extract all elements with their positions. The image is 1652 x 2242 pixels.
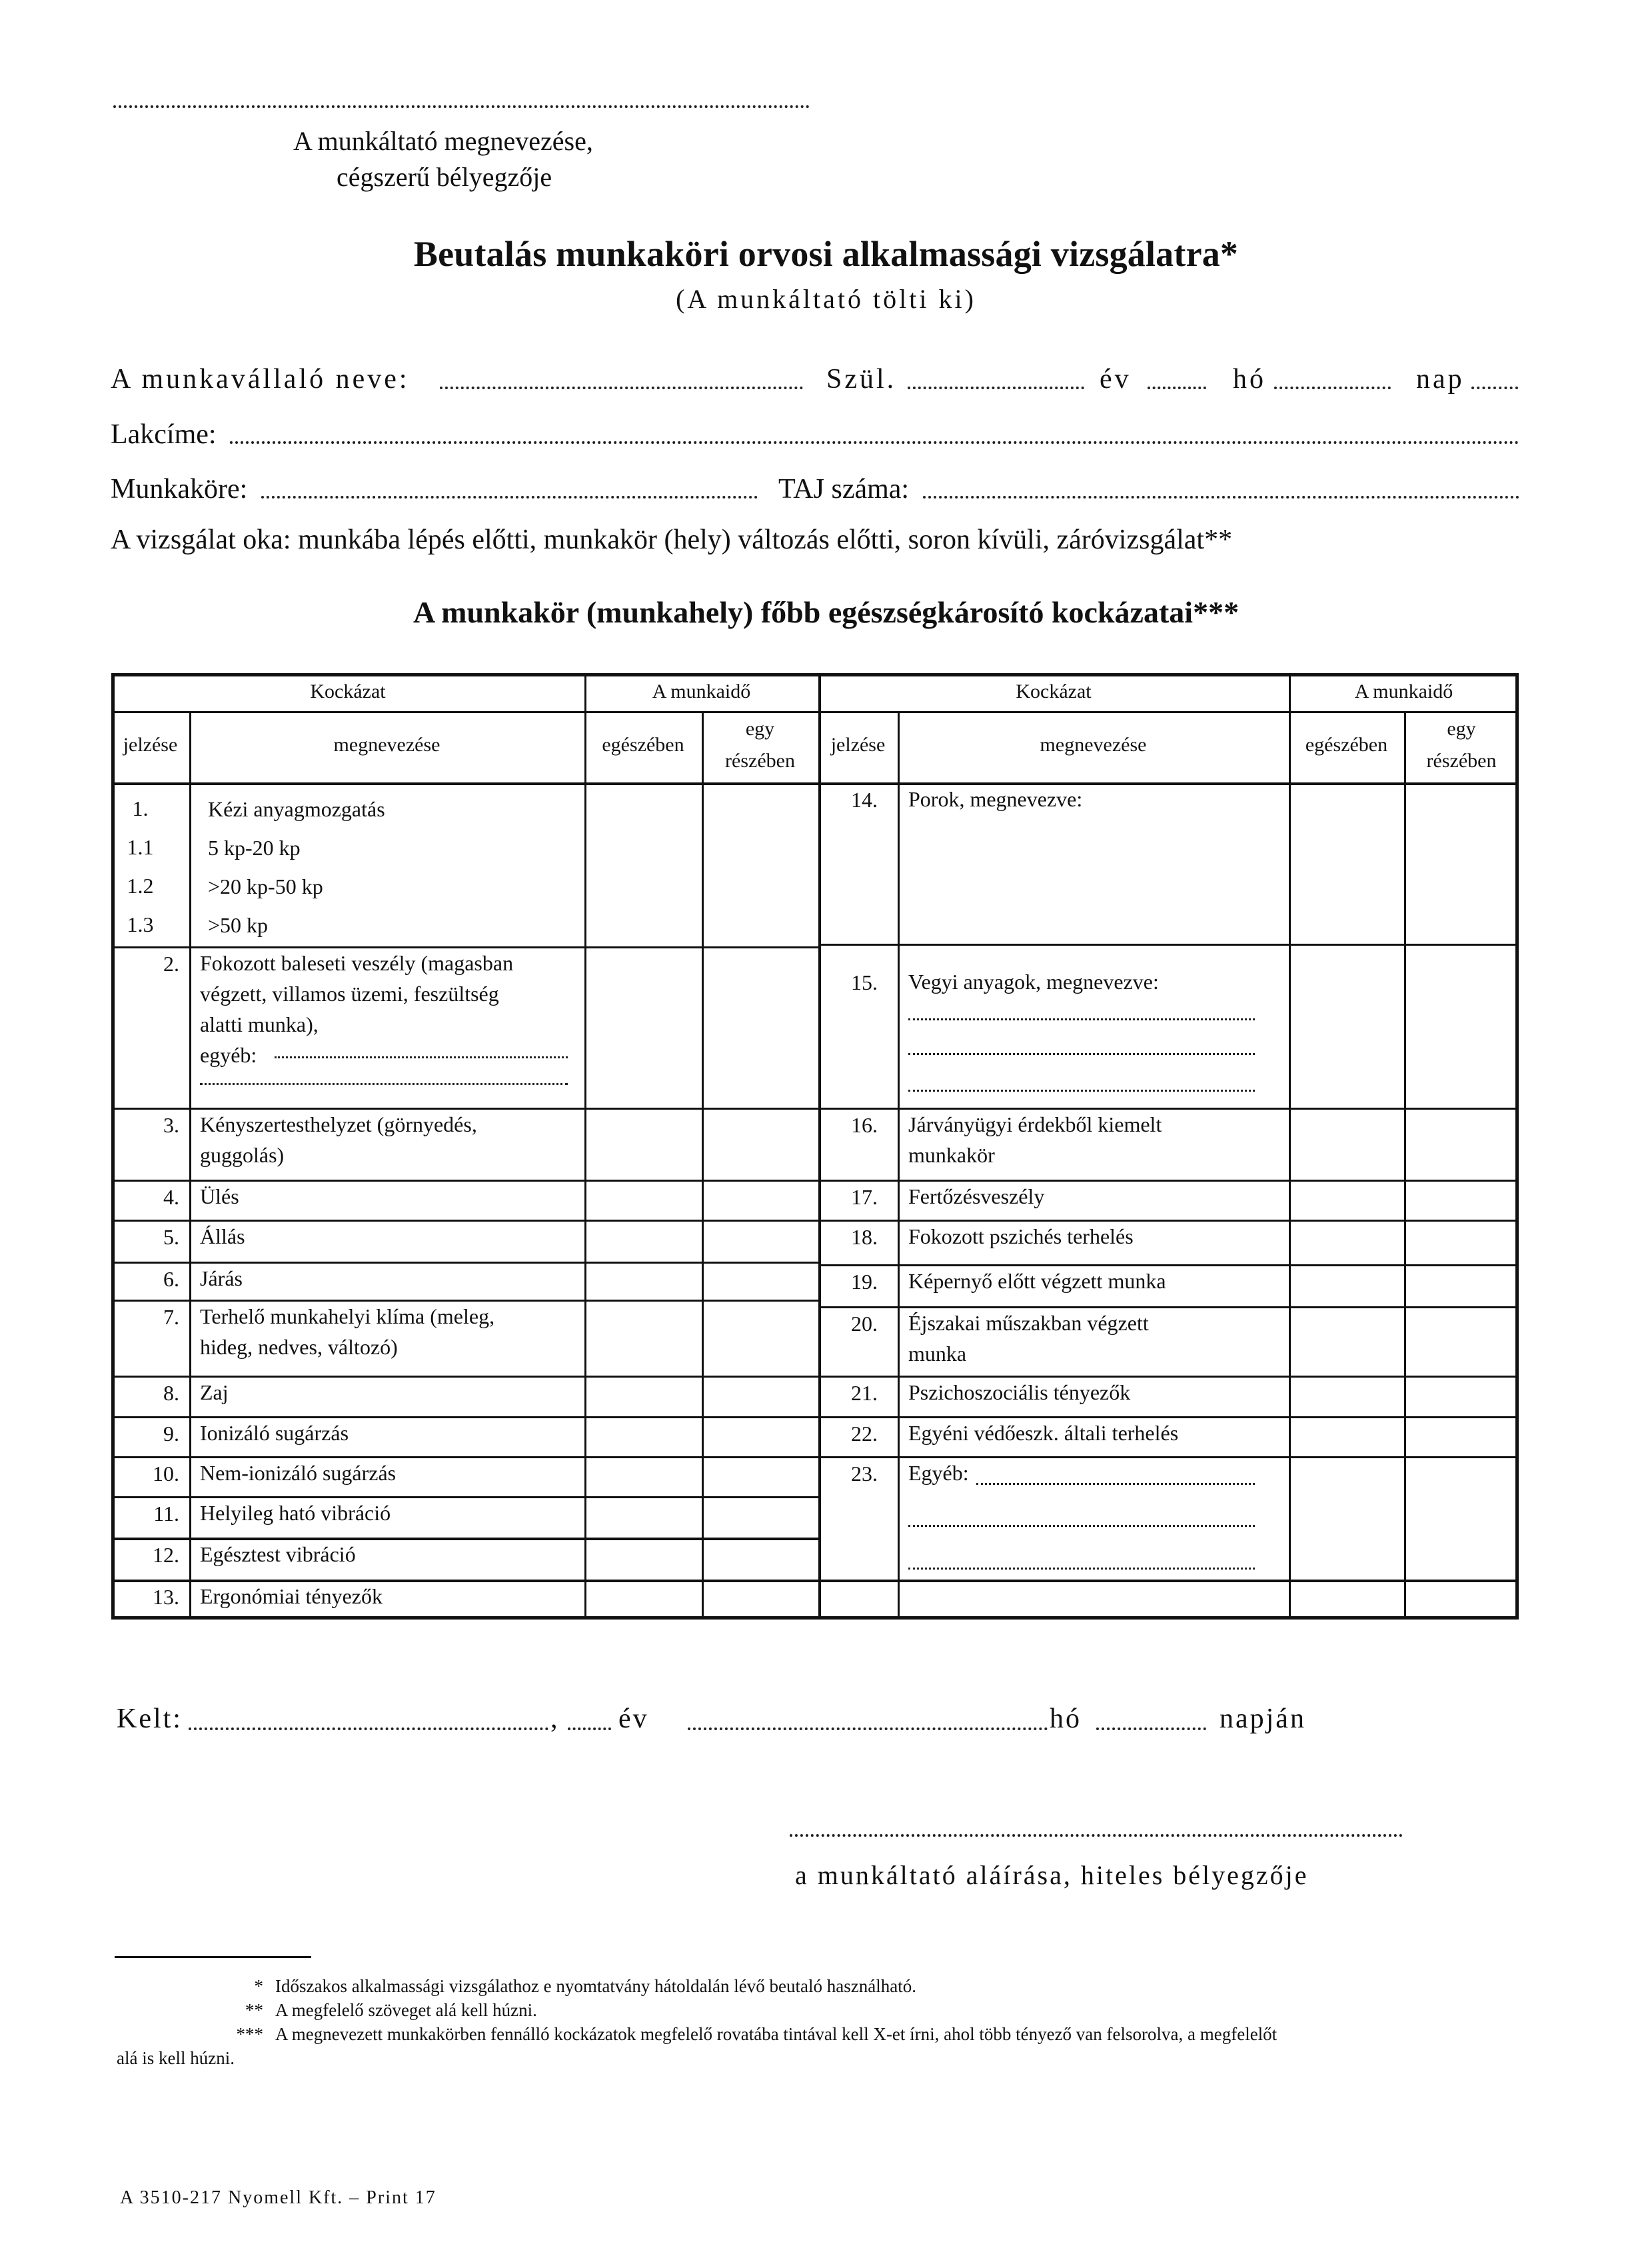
right-row-whole-cell[interactable]: [1289, 1580, 1404, 1620]
right-row-name: Pszichoszociális tényezők: [908, 1377, 1130, 1408]
left-row-code: 4.: [121, 1185, 179, 1210]
right-row-whole-cell[interactable]: [1289, 1456, 1404, 1580]
birth-day-field[interactable]: [1274, 387, 1391, 389]
right-header-risk: Kockázat: [818, 680, 1289, 704]
left-row-part-cell[interactable]: [702, 1220, 818, 1262]
left-header-part-line1: egy: [702, 717, 818, 741]
exam-reason-label: A vizsgálat oka:: [111, 525, 291, 555]
chemicals-field-2[interactable]: [908, 1053, 1255, 1055]
chemicals-field-1[interactable]: [908, 1018, 1255, 1020]
left-header-whole: egészében: [584, 733, 702, 757]
right-row-part-cell[interactable]: [1404, 1376, 1519, 1416]
right-row-part-cell[interactable]: [1404, 1108, 1519, 1180]
left-header-risk: Kockázat: [111, 680, 584, 704]
form-title: Beutalás munkaköri orvosi alkalmassági v…: [0, 233, 1652, 275]
left-row-2-other-field-2[interactable]: [200, 1083, 568, 1085]
left-row-name: Állás: [200, 1221, 245, 1252]
left-row-name-line: végzett, villamos üzemi, feszültség: [200, 978, 499, 1009]
right-row-part-cell[interactable]: [1404, 1220, 1519, 1264]
right-row-code: 20.: [825, 1312, 878, 1336]
right-row-name: Fokozott pszichés terhelés: [908, 1221, 1134, 1252]
kelt-label: Kelt:: [117, 1703, 183, 1735]
left-row-name: Zaj: [200, 1377, 229, 1408]
right-row-part-cell[interactable]: [1404, 1180, 1519, 1220]
right-row-part-cell[interactable]: [1404, 1580, 1519, 1620]
left-header-name: megnevezése: [189, 733, 584, 757]
left-row-part-cell[interactable]: [702, 1416, 818, 1456]
left-row-name-line: egyéb:: [200, 1040, 257, 1070]
left-row-part-cell[interactable]: [702, 782, 818, 946]
footnote-marker-1: *: [237, 1974, 263, 1998]
left-row-name-line: Terhelő munkahelyi klíma (meleg,: [200, 1301, 494, 1332]
left-row-name: Ülés: [200, 1181, 239, 1212]
left-row-name: Helyileg ható vibráció: [200, 1498, 391, 1528]
right-row-code: 17.: [825, 1185, 878, 1210]
other-risk-field-1[interactable]: [976, 1483, 1255, 1485]
left-row-name-line: Fokozott baleseti veszély (magasban: [200, 948, 513, 978]
right-row-part-cell[interactable]: [1404, 782, 1519, 944]
right-row-name: Egyéni védőeszk. általi terhelés: [908, 1418, 1178, 1448]
left-row-part-cell[interactable]: [702, 1538, 818, 1580]
left-row-whole-cell[interactable]: [584, 1376, 702, 1416]
right-header-whole: egészében: [1289, 733, 1404, 757]
right-row-name: Porok, megnevezve:: [908, 784, 1082, 814]
right-row-whole-cell[interactable]: [1289, 1108, 1404, 1180]
employer-label-line1: A munkáltató megnevezése,: [293, 124, 593, 159]
right-row-name: Fertőzésveszély: [908, 1181, 1044, 1212]
left-row-name: 5 kp-20 kp: [208, 832, 301, 863]
kelt-month-field[interactable]: [688, 1727, 1048, 1730]
employee-name-field[interactable]: [440, 387, 803, 389]
left-row-part-cell[interactable]: [702, 1496, 818, 1538]
left-row-whole-cell[interactable]: [584, 1220, 702, 1262]
taj-label: TAJ száma:: [778, 473, 909, 505]
right-row-part-cell[interactable]: [1404, 1416, 1519, 1456]
kelt-year-field[interactable]: [568, 1727, 611, 1730]
left-row-whole-cell[interactable]: [584, 1416, 702, 1456]
birth-month-field[interactable]: [1148, 387, 1206, 389]
address-label: Lakcíme:: [111, 419, 217, 451]
table-middle-separator: [818, 673, 821, 1620]
left-row-code: 1.1: [111, 835, 169, 860]
right-header-code: jelzése: [818, 733, 898, 757]
signature-field[interactable]: [790, 1834, 1403, 1837]
chemicals-field-3[interactable]: [908, 1090, 1255, 1092]
printer-note: A 3510-217 Nyomell Kft. – Print 17: [120, 2187, 436, 2209]
right-row-name: Vegyi anyagok, megnevezve:: [908, 966, 1159, 997]
footnote-text-3: A megnevezett munkakörben fennálló kocká…: [275, 2022, 1277, 2046]
left-row-code: 2.: [121, 952, 179, 976]
signature-label: a munkáltató aláírása, hiteles bélyegzőj…: [795, 1859, 1309, 1891]
right-row-whole-cell[interactable]: [1289, 1306, 1404, 1376]
table-subcolumn-rule: [189, 711, 191, 1620]
left-row-whole-cell[interactable]: [584, 1456, 702, 1496]
left-row-whole-cell[interactable]: [584, 1580, 702, 1620]
birth-label: Szül.: [826, 363, 896, 395]
left-row-part-cell[interactable]: [702, 1262, 818, 1300]
right-row-code: 16.: [825, 1113, 878, 1138]
left-row-part-cell[interactable]: [702, 1108, 818, 1180]
footnote-text-3-continuation: alá is kell húzni.: [117, 2046, 235, 2070]
right-row-whole-cell[interactable]: [1289, 1264, 1404, 1306]
table-subcolumn-rule: [898, 711, 900, 1620]
address-field[interactable]: [230, 441, 1519, 444]
left-row-code: 1.3: [111, 912, 169, 937]
left-row-name: Egésztest vibráció: [200, 1539, 356, 1570]
kelt-day-field[interactable]: [1096, 1727, 1206, 1730]
year-label: év: [1100, 363, 1132, 395]
footnote-separator: [115, 1956, 311, 1958]
left-row-name: Nem-ionizáló sugárzás: [200, 1458, 396, 1488]
exam-reason[interactable]: A vizsgálat oka: munkába lépés előtti, m…: [111, 524, 1232, 556]
left-row-name: Kézi anyagmozgatás: [208, 794, 385, 824]
left-header-code: jelzése: [111, 733, 189, 757]
kelt-year-label: év: [618, 1703, 649, 1735]
right-row-code: 21.: [825, 1381, 878, 1406]
footnote-marker-2: **: [220, 1998, 263, 2022]
taj-field[interactable]: [923, 496, 1519, 499]
right-row-part-cell[interactable]: [1404, 944, 1519, 1108]
left-row-code: 13.: [121, 1585, 179, 1610]
employer-label-line2: cégszerű bélyegzője: [337, 160, 552, 195]
other-risk-field-2[interactable]: [908, 1525, 1255, 1527]
right-row-code: 23.: [825, 1462, 878, 1486]
left-row-part-cell[interactable]: [702, 1580, 818, 1620]
right-row-whole-cell[interactable]: [1289, 782, 1404, 944]
right-row-part-cell[interactable]: [1404, 1456, 1519, 1580]
right-row-name: Egyéb:: [908, 1458, 969, 1488]
left-row-whole-cell[interactable]: [584, 1538, 702, 1580]
birth-day-suffix-field[interactable]: [1471, 387, 1518, 389]
left-row-whole-cell[interactable]: [584, 1262, 702, 1300]
day-label: nap: [1416, 363, 1465, 395]
left-row-part-cell[interactable]: [702, 946, 818, 1108]
right-row-name-line: munkakör: [908, 1140, 995, 1170]
left-row-code: 3.: [121, 1113, 179, 1138]
left-row-2-other-field[interactable]: [275, 1056, 568, 1058]
left-row-code: 1.2: [111, 874, 169, 898]
footnote-text-1: Időszakos alkalmassági vizsgálathoz e ny…: [275, 1974, 916, 1998]
employer-name-input-line[interactable]: [113, 105, 810, 108]
right-header-part-line2: részében: [1404, 749, 1519, 773]
job-label: Munkaköre:: [111, 473, 247, 505]
left-header-worktime: A munkaidő: [584, 680, 818, 704]
left-row-part-cell[interactable]: [702, 1180, 818, 1220]
kelt-month-label: hó: [1050, 1703, 1082, 1735]
right-row-whole-cell[interactable]: [1289, 1180, 1404, 1220]
left-row-part-cell[interactable]: [702, 1456, 818, 1496]
right-row-whole-cell[interactable]: [1289, 944, 1404, 1108]
left-row-code: 1.: [111, 796, 169, 821]
left-row-code: 8.: [121, 1381, 179, 1406]
other-risk-field-3[interactable]: [908, 1568, 1255, 1570]
right-row-name-line: Éjszakai műszakban végzett: [908, 1308, 1149, 1338]
left-row-name-line: hideg, nedves, változó): [200, 1332, 398, 1362]
right-row-code: 22.: [825, 1422, 878, 1446]
birth-year-field[interactable]: [908, 387, 1084, 389]
left-row-name-line: guggolás): [200, 1140, 284, 1170]
exam-reason-options[interactable]: munkába lépés előtti, munkakör (hely) vá…: [298, 525, 1232, 555]
right-row-name-line: Járványügyi érdekből kiemelt: [908, 1109, 1162, 1140]
left-row-code: 7.: [121, 1305, 179, 1330]
left-row-code: 12.: [121, 1543, 179, 1568]
left-row-code: 6.: [121, 1267, 179, 1292]
left-row-name: Ergonómiai tényezők: [200, 1581, 383, 1612]
header-rule-1: [111, 711, 1519, 713]
employee-name-label: A munkavállaló neve:: [111, 363, 410, 395]
right-row-part-cell[interactable]: [1404, 1306, 1519, 1376]
left-row-code: 11.: [121, 1502, 179, 1526]
right-header-name: megnevezése: [898, 733, 1289, 757]
kelt-day-label: napján: [1220, 1703, 1306, 1735]
left-row-code: 10.: [121, 1462, 179, 1486]
left-header-part-line2: részében: [702, 749, 818, 773]
left-row-name-line: alatti munka),: [200, 1009, 319, 1040]
left-row-whole-cell[interactable]: [584, 1180, 702, 1220]
right-row-code: 15.: [825, 970, 878, 995]
left-row-part-cell[interactable]: [702, 1300, 818, 1376]
left-row-whole-cell[interactable]: [584, 1300, 702, 1376]
left-row-name: Járás: [200, 1263, 243, 1294]
right-row-whole-cell[interactable]: [1289, 1220, 1404, 1264]
right-row-whole-cell[interactable]: [1289, 1376, 1404, 1416]
right-header-worktime: A munkaidő: [1289, 680, 1519, 704]
left-row-code: 9.: [121, 1422, 179, 1446]
left-row-part-cell[interactable]: [702, 1376, 818, 1416]
left-row-whole-cell[interactable]: [584, 782, 702, 946]
left-row-name: Ionizáló sugárzás: [200, 1418, 349, 1448]
right-row-part-cell[interactable]: [1404, 1264, 1519, 1306]
left-row-whole-cell[interactable]: [584, 946, 702, 1108]
left-row-name: >50 kp: [208, 910, 268, 940]
kelt-place-field[interactable]: [189, 1727, 548, 1730]
footnote-marker-3: ***: [210, 2022, 263, 2046]
left-row-whole-cell[interactable]: [584, 1496, 702, 1538]
right-row-whole-cell[interactable]: [1289, 1416, 1404, 1456]
right-row-name: Képernyő előtt végzett munka: [908, 1266, 1166, 1296]
left-row-whole-cell[interactable]: [584, 1108, 702, 1180]
left-row-name-line: Kényszertesthelyzet (görnyedés,: [200, 1109, 477, 1140]
right-header-part-line1: egy: [1404, 717, 1519, 741]
month-label: hó: [1233, 363, 1266, 395]
left-row-code: 5.: [121, 1225, 179, 1250]
right-row-name-line: munka: [908, 1338, 966, 1369]
risk-section-heading: A munkakör (munkahely) főbb egészségkáro…: [0, 594, 1652, 630]
right-row-code: 14.: [825, 788, 878, 812]
right-row-code: 18.: [825, 1225, 878, 1250]
right-row-code: 19.: [825, 1270, 878, 1294]
footnote-text-2: A megfelelő szöveget alá kell húzni.: [275, 1998, 537, 2022]
kelt-comma: ,: [550, 1703, 560, 1735]
job-field[interactable]: [261, 496, 758, 499]
form-subtitle: (A munkáltató tölti ki): [0, 283, 1652, 315]
left-row-name: >20 kp-50 kp: [208, 871, 323, 902]
